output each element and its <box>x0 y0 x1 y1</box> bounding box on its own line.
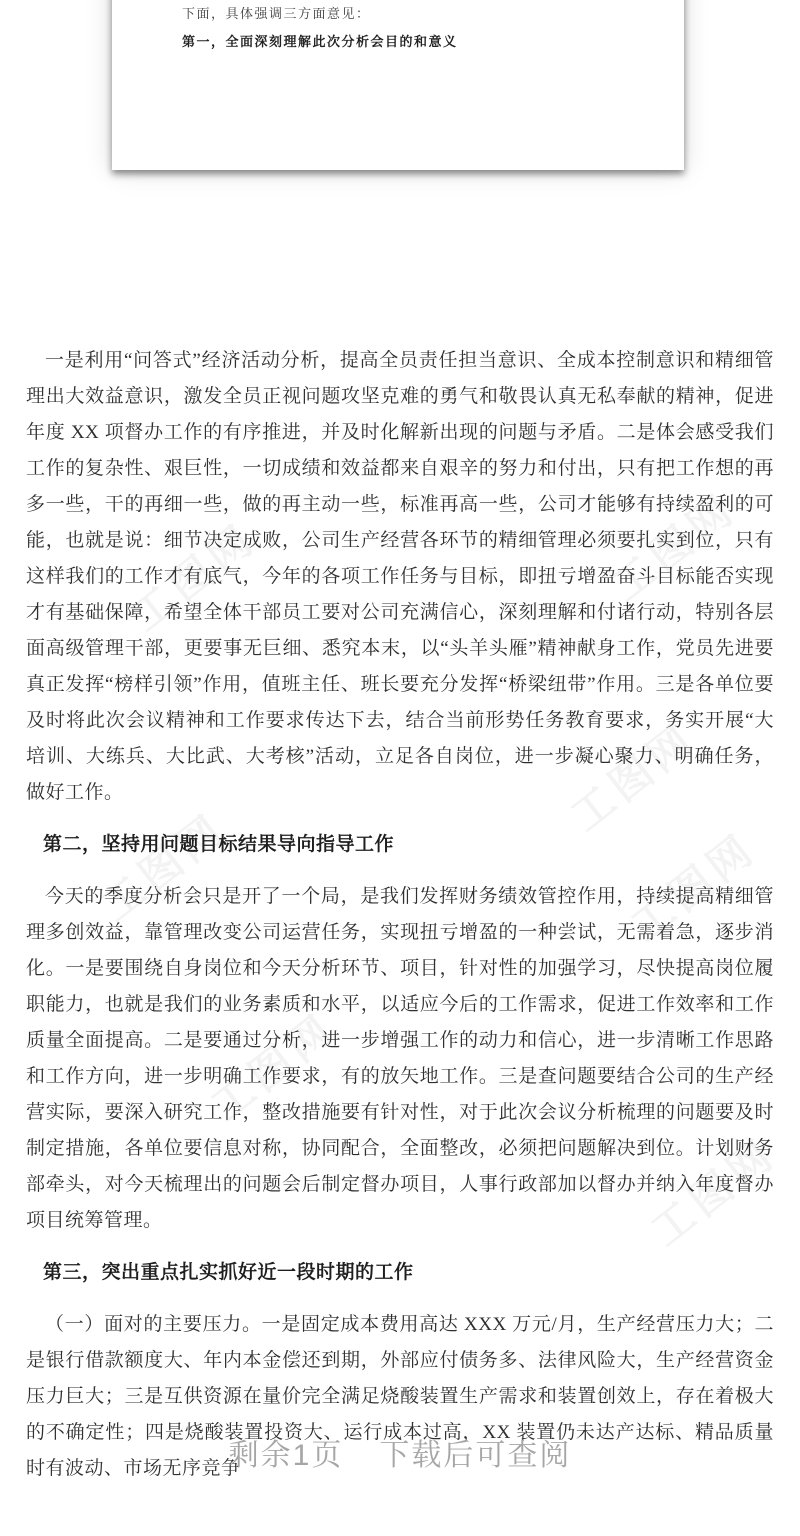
document-preview: 工图网 工图网 工图网 工图网 工图网 工图网 工图网 下面，具体强调三方面意见… <box>0 0 800 1536</box>
body-paragraph-1: 一是利用“问答式”经济活动分析，提高全员责任担当意识、全成本控制意识和精细管理出… <box>26 343 774 811</box>
body-paragraph-2: 今天的季度分析会只是开了一个局，是我们发挥财务绩效管控作用，持续提高精细管理多创… <box>26 879 774 1239</box>
remaining-pages-text: 剩余1页 <box>229 1439 344 1472</box>
section-heading-3: 第三，突出重点扎实抓好近一段时期的工作 <box>26 1255 774 1291</box>
remaining-pages-banner: 剩余1页下载后可查阅 <box>0 1430 800 1474</box>
page1-closing-line: 下面，具体强调三方面意见： <box>182 3 371 22</box>
page1-section-heading-1: 第一，全面深刻理解此次分析会目的和意义 <box>182 31 458 50</box>
document-page-2: 一是利用“问答式”经济活动分析，提高全员责任担当意识、全成本控制意识和精细管理出… <box>26 343 774 1487</box>
section-heading-2: 第二，坚持用问题目标结果导向指导工作 <box>26 827 774 863</box>
download-hint-text: 下载后可查阅 <box>379 1439 571 1472</box>
document-page-1: 下面，具体强调三方面意见： 第一，全面深刻理解此次分析会目的和意义 <box>112 0 684 170</box>
